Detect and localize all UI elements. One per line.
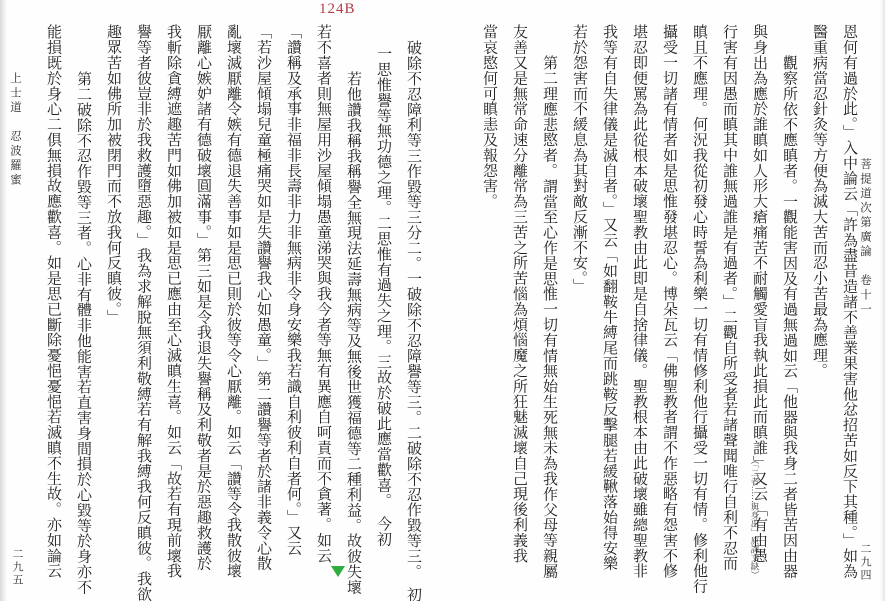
page-number-left: 二九五 [9, 548, 25, 587]
text-column: 攝受一切諸有情者如是思惟發堪忍心。博朵瓦云「佛聖教者謂不作惡略有怨害不修 [654, 24, 684, 601]
text-column: 譽等者彼豈非於我救護墮惡趣。」我為求解脫無須利敬縛若有解我縛我何反瞋彼。我欲 [128, 24, 158, 601]
text-column: 觀察所依不應瞋者。一觀能害因及有過無過如云「他器與我身二者皆苦因由器 [774, 24, 804, 601]
text-column: 堪忍即便罵為此從根本破壞聖教由此即是自捨律儀。聖教根本由此破壞雖總聖教非 [624, 24, 654, 601]
text-column: 當哀愍何可瞋恚及報怨害。 [474, 24, 504, 601]
text-column: 「若沙屋傾塌兒童極痛哭如是失讚譽我心如愚童。」第二讚譽等者於諸非義令心散 [248, 24, 278, 601]
text-column: 第二理應悲愍者。謂當至心作是思惟一切有情無始生死無未為我作父母等親屬 [534, 24, 564, 601]
text-column: 瞋且不應理。何況我從初發心時誓為利樂一切有情修利他行攝受一切有情。修利他行 [684, 24, 714, 601]
text-column: 一思惟譽等無功德之理。二思惟有過失之理。三故於破此應當歡喜。 今初 [368, 24, 398, 601]
text-column: 若不喜者則無屋用沙屋傾塌愚童涕哭與我今者等無有異應自呵責而不貪著。如云 [308, 24, 338, 601]
interlinear-editor-note: （「二者……與身出」原譯文缺） [749, 456, 761, 579]
text-column: 趣眾苦如佛所加被閉門而不放我何反瞋彼。」 [98, 24, 128, 601]
right-page-columns: 恩何有過於此。」入中論云「許為盡昔造諸不善業果害他忿招苦如反下其種。」如為醫重病… [448, 24, 864, 601]
text-column: 厭離心嫉妒諸有德破壞圓滿事。」第三如是令我退失譽稱及利敬者是於惡趣救護於 [188, 24, 218, 601]
green-triangle-cursor-marker [331, 566, 345, 577]
text-column: 破除不忍障利等三作毀等三分二。一破除不忍障譽等三。二破除不忍作毀等三。 初中分三… [398, 24, 428, 601]
text-column: 若他讚我稱我稱譽全無現法延壽無病等及無後世獲福德等二種利益。故彼失壞 [338, 24, 368, 601]
text-column: 我等有自失律儀是滅自者。」又云「如翻鞍牛縛尾而跳鞍反擊腿若緩鞦落始得安樂 [594, 24, 624, 601]
page-number-right: 二九四 [857, 543, 873, 582]
text-column: 我斬除貪縛遮趣苦門如佛加被如是思已應由至心滅瞋生喜。如云「故若有現前壞我 [158, 24, 188, 601]
folio-label: 124B [319, 1, 356, 18]
text-column: 若於怨害而不緩息為其對敵反漸不安。」 [564, 24, 594, 601]
text-column: 行害有因愚而瞋其中誰無過誰是有過者。」二觀自所受者若諸聲聞唯行自利不忍而 [714, 24, 744, 601]
text-column: 「讚稱及承事非福非長壽非力非無病非令身安樂我若識自利彼利自者何。」又云 [278, 24, 308, 601]
left-page-columns: 破除不忍障利等三作毀等三分二。一破除不忍障譽等三。二破除不忍作毀等三。 初中分三… [0, 24, 428, 601]
text-column: 亂壞滅厭離令嫉有德退失善事如是思已則於彼等令心厭離。如云「讚等令我散彼壞 [218, 24, 248, 601]
text-column: 醫重病當忍針灸等方便為滅大苦而忍小苦最為應理。 [804, 24, 834, 601]
text-column: 第二破除不忍作毀等三者。心非有體非他能害若直害身間損於心毀等於身亦不 [68, 24, 98, 601]
text-column: 友善又是無常命速分離常為三苦之所苦惱為煩惱魔之所狂魅滅壞自己現後利義我 [504, 24, 534, 601]
text-column: 恩何有過於此。」入中論云「許為盡昔造諸不善業果害他忿招苦如反下其種。」如為 [834, 24, 864, 601]
text-column: 能損既於身心二俱無損故應歡喜。如是思已斷除憂悒憂悒若滅瞋不生故。亦如論云 [38, 24, 68, 601]
scan-edge-shadow-right [880, 0, 885, 601]
